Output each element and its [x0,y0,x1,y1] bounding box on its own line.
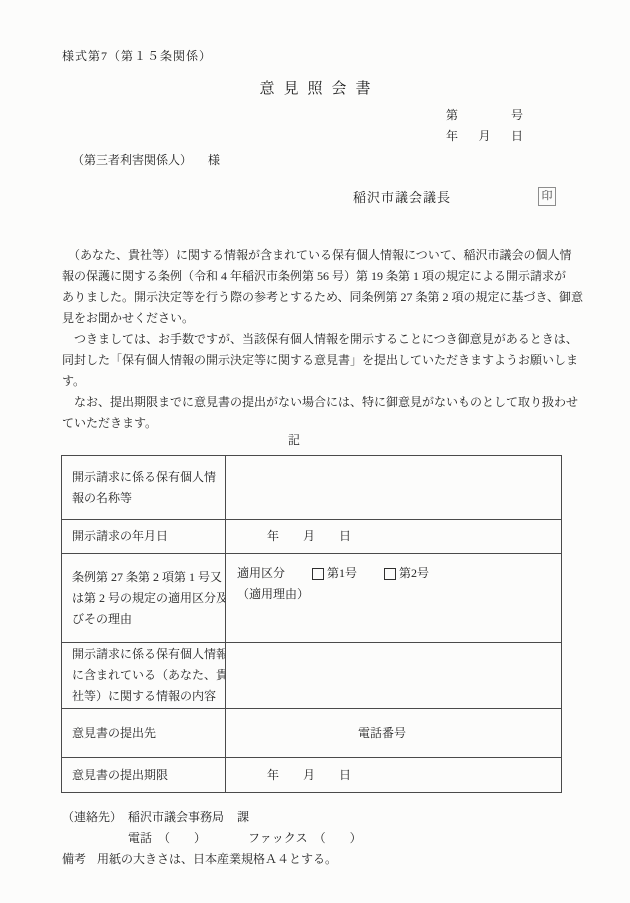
date-line: 年 月 日 [446,127,523,144]
body-line: 報の保護に関する条例（令和 4 年稲沢市条例第 56 号）第 19 条第 1 項… [62,266,570,287]
label-line: 開示請求に係る保有個人情 [72,467,223,488]
contact-org: 稲沢市議会事務局 [128,810,224,824]
date-day-label: 日 [511,127,523,144]
contact-section: 課 [237,810,249,824]
addressee-honorific: 様 [208,153,220,167]
body-line: 見をお聞かせください。 [62,308,570,329]
date-month-label: 月 [478,127,490,144]
body-line: ていただきます。 [62,413,570,434]
addressee-line: （第三者利害関係人）様 [72,151,220,168]
body-line: （あなた、貴社等）に関する情報が含まれている保有個人情報について、稲沢市議会の個… [62,245,570,266]
body-paragraphs: （あなた、貴社等）に関する情報が含まれている保有個人情報について、稲沢市議会の個… [62,245,570,434]
body-line: 同封した「保有個人情報の開示決定等に関する意見書」を提出していただきますようお願… [62,350,570,371]
row-label: 意見書の提出先 [62,709,226,758]
body-line: つきましては、お手数ですが、当該保有個人情報を開示することにつき御意見があるとき… [62,329,570,350]
apply-category-caption: 適用区分 [237,563,285,584]
label-line: 開示請求の年月日 [72,526,223,547]
footer-contact-line: （連絡先）稲沢市議会事務局課 [62,808,249,825]
label-line: に含まれている（あなた、貴 [72,665,223,686]
remarks-label: 備考 [62,852,86,866]
row-label: 開示請求の年月日 [62,520,226,554]
label-line: 意見書の提出先 [72,723,223,744]
table-row-submit-to: 意見書の提出先 電話番号 [62,709,562,758]
document-page: 様式第7（第１５条関係） 意見照会書 第 号 年 月 日 （第三者利害関係人）様… [0,0,630,903]
details-table: 開示請求に係る保有個人情 報の名称等 開示請求の年月日 年 月 日 条例第 27… [61,455,562,793]
table-row-apply-category: 条例第 27 条第 2 項第 1 号又 は第 2 号の規定の適用区分及 びその理… [62,554,562,643]
seal-stamp: 印 [538,187,556,206]
apply-reason-label: （適用理由） [237,584,557,605]
row-label: 意見書の提出期限 [62,758,226,793]
date-year-label: 年 [446,127,458,144]
contact-label: （連絡先） [62,810,122,824]
row-label: 開示請求に係る保有個人情 報の名称等 [62,456,226,520]
footer-phone-fax-line: 電話 （ ） ファックス （ ） [128,829,362,846]
value-cell-request-date: 年 月 日 [226,520,562,554]
body-line: なお、提出期限までに意見書の提出がない場合には、特に御意見がないものとして取り扱… [62,392,570,413]
table-row-information-content: 開示請求に係る保有個人情報 に含まれている（あなた、貴 社等）に関する情報の内容 [62,643,562,709]
checkbox-option-2-label: 第2号 [399,563,429,584]
label-line: 条例第 27 条第 2 項第 1 号又 [72,567,223,588]
value-cell-information-content [226,643,562,709]
row-label: 条例第 27 条第 2 項第 1 号又 は第 2 号の規定の適用区分及 びその理… [62,554,226,643]
row-label: 開示請求に係る保有個人情報 に含まれている（あなた、貴 社等）に関する情報の内容 [62,643,226,709]
checkbox-icon[interactable] [312,568,324,580]
body-line: ありました。開示決定等を行う際の参考とするため、同条例第 27 条第 2 項の規… [62,287,570,308]
table-row-information-name: 開示請求に係る保有個人情 報の名称等 [62,456,562,520]
label-line: 報の名称等 [72,488,223,509]
label-line: びその理由 [72,609,223,630]
doc-number-prefix: 第 [446,106,458,123]
addressee-name: （第三者利害関係人） [72,153,192,167]
ki-marker: 記 [288,431,300,448]
body-line: す。 [62,371,570,392]
value-cell-information-name [226,456,562,520]
label-line: 社等）に関する情報の内容 [72,686,223,707]
checkbox-option-1: 第1号 [312,563,357,584]
remarks-text: 用紙の大きさは、日本産業規格Ａ４とする。 [97,852,337,866]
label-line: は第 2 号の規定の適用区分及 [72,588,223,609]
label-line: 開示請求に係る保有個人情報 [72,644,223,665]
page-title: 意見照会書 [0,77,630,98]
apply-category-line: 適用区分 第1号 第2号 [237,563,557,584]
doc-number-suffix: 号 [511,106,523,123]
footer-remarks-line: 備考用紙の大きさは、日本産業規格Ａ４とする。 [62,850,337,867]
label-line: 意見書の提出期限 [72,765,223,786]
checkbox-option-1-label: 第1号 [327,563,357,584]
value-cell-submit-to-phone: 電話番号 [226,709,562,758]
sender-title: 稲沢市議会議長 [353,187,451,206]
checkbox-option-2: 第2号 [384,563,429,584]
checkbox-icon[interactable] [384,568,396,580]
form-number: 様式第7（第１５条関係） [62,47,212,64]
value-cell-apply-category: 適用区分 第1号 第2号 （適用理由） [226,554,562,643]
table-row-request-date: 開示請求の年月日 年 月 日 [62,520,562,554]
doc-number-line: 第 号 [446,106,523,123]
table-row-submit-deadline: 意見書の提出期限 年 月 日 [62,758,562,793]
value-cell-submit-deadline: 年 月 日 [226,758,562,793]
